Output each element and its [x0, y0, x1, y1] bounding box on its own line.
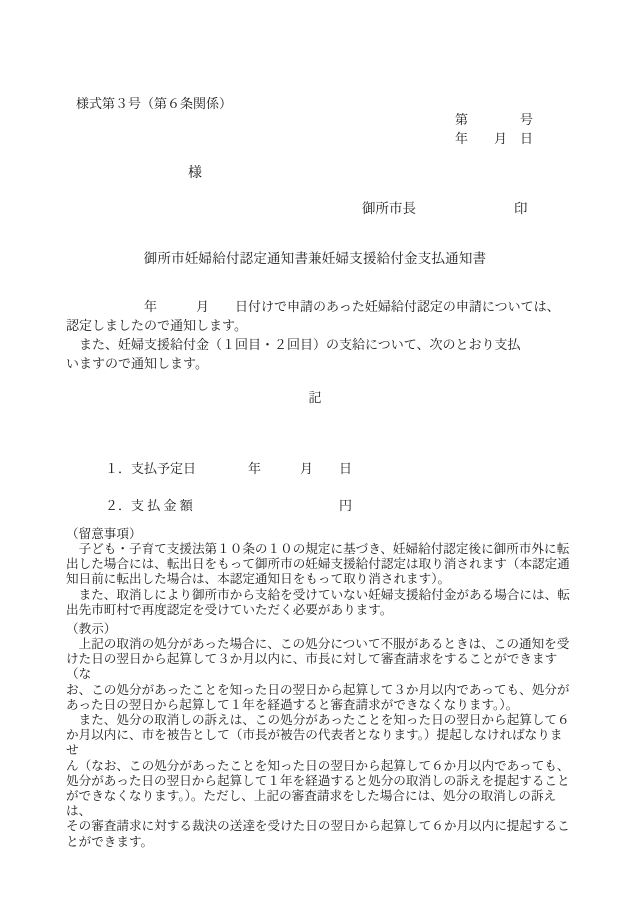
notes-text: 子ども・子育て支援法第１０条の１０の規定に基づき、妊婦給付認定後に御所市外に転 …	[66, 542, 572, 618]
body-paragraph: 年 月 日付けで申請のあった妊婦給付認定の申請については、 認定しましたので通知…	[66, 297, 576, 373]
section-marker-ki: 記	[0, 387, 630, 406]
sender-name: 御所市長	[362, 201, 416, 216]
payment-date-label: １．支払予定日	[105, 458, 248, 477]
payment-amount-row: ２．支 払 金 額円	[92, 479, 352, 530]
payment-amount-value: 円	[339, 498, 352, 513]
document-header-right: 第 号 年 月 日	[380, 110, 533, 148]
sender-row: 御所市長印	[362, 197, 528, 217]
doc-number-line: 第 号	[380, 110, 533, 129]
instructions-text: 上記の取消の処分があった場合に、この処分について不服があるときは、この通知を受 …	[66, 637, 572, 850]
notes-heading: （留意事項）	[66, 527, 142, 542]
document-page: 様式第３号（第６条関係） 第 号 年 月 日 様 御所市長印 御所市妊婦給付認定…	[0, 0, 630, 903]
payment-amount-label: ２．支 払 金 額	[105, 495, 339, 514]
payment-date-value: 年 月 日	[248, 461, 352, 476]
document-title: 御所市妊婦給付認定通知書兼妊婦支援給付金支払通知書	[0, 247, 630, 267]
addressee-honorific: 様	[188, 162, 202, 182]
form-number: 様式第３号（第６条関係）	[76, 93, 232, 112]
seal-mark: 印	[514, 201, 528, 216]
instructions-heading: （教示）	[66, 622, 116, 637]
date-line: 年 月 日	[380, 129, 533, 148]
